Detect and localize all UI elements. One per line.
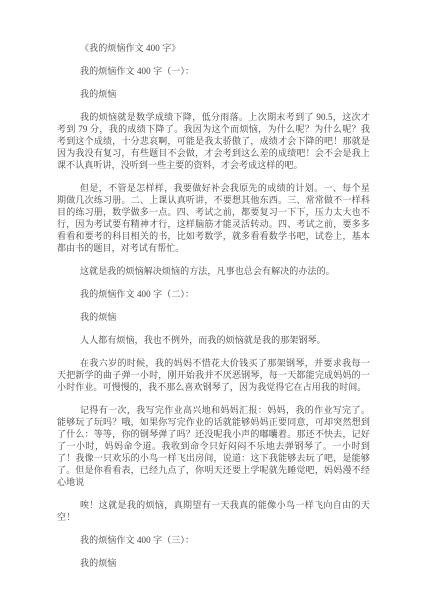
essay-document: 《我的烦恼作文 400 字》我的烦恼作文 400 字（一）：我的烦恼我的烦恼就是… <box>57 42 370 580</box>
essay-paragraph: 这就是我的烦恼解决烦恼的方法，凡事也总会有解决的办法的。 <box>57 265 370 277</box>
document-page: 《我的烦恼作文 400 字》我的烦恼作文 400 字（一）：我的烦恼我的烦恼就是… <box>0 0 424 600</box>
essay-paragraph: 我的烦恼就是数学成绩下降，低分雨落。上次期末考到了 90.5，这次才考到 79 … <box>57 111 370 171</box>
essay-subheading: 我的烦恼 <box>57 88 370 100</box>
essay-heading: 我的烦恼作文 400 字（二）： <box>57 288 370 300</box>
essay-paragraph: 唉！这就是我的烦恼，真期望有一天我真的能像小鸟一样飞向自由的天空！ <box>57 499 370 523</box>
essay-subheading: 我的烦恼 <box>57 311 370 323</box>
essay-paragraph: 人人都有烦恼，我也不例外，而我的烦恼就是我的那架钢琴。 <box>57 334 370 346</box>
essay-paragraph: 在我六岁的时候，我的妈妈不惜花大价钱买了那架钢琴，并要求我每一天把新学的曲子弹一… <box>57 357 370 393</box>
essay-title: 《我的烦恼作文 400 字》 <box>57 42 370 54</box>
essay-heading: 我的烦恼作文 400 字（三）： <box>57 534 370 546</box>
essay-heading: 我的烦恼作文 400 字（一）： <box>57 65 370 77</box>
essay-paragraph: 但是，不管是怎样样，我要做好补会我原先的成绩的计划。一、每个星期做几次练习册。二… <box>57 182 370 254</box>
essay-subheading: 我的烦恼 <box>57 557 370 569</box>
essay-paragraph: 记得有一次，我写完作业高兴地和妈妈汇报：妈妈，我的作业写完了。能够玩了玩吗？哦，… <box>57 404 370 488</box>
